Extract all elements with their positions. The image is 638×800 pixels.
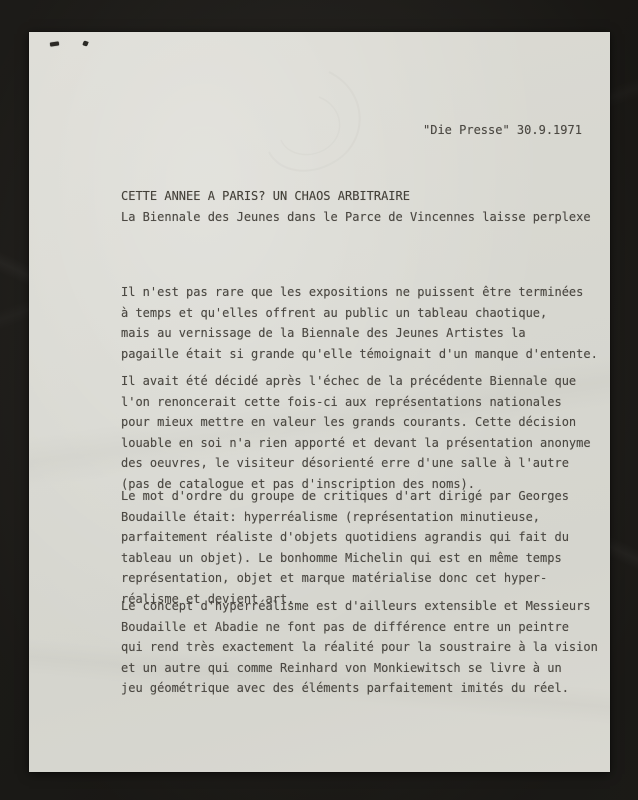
source-label: "Die Presse" 30.9.1971 [423,120,582,141]
photo-background: "Die Presse" 30.9.1971 CETTE ANNEE A PAR… [0,0,638,800]
headline: CETTE ANNEE A PARIS? UN CHAOS ARBITRAIRE [121,189,410,203]
paragraph: Le concept d'hyperréalisme est d'ailleur… [121,596,598,699]
paragraph: Il n'est pas rare que les expositions ne… [121,282,598,364]
headline-block: CETTE ANNEE A PARIS? UN CHAOS ARBITRAIRE… [121,186,591,227]
subheadline: La Biennale des Jeunes dans le Parce de … [121,210,591,224]
document-page: "Die Presse" 30.9.1971 CETTE ANNEE A PAR… [29,32,610,772]
staple-mark [82,40,88,46]
staple-mark [50,41,59,46]
paper-watermark [219,62,379,202]
paragraph: Le mot d'ordre du groupe de critiques d'… [121,486,569,609]
paragraph: Il avait été décidé après l'échec de la … [121,371,591,494]
